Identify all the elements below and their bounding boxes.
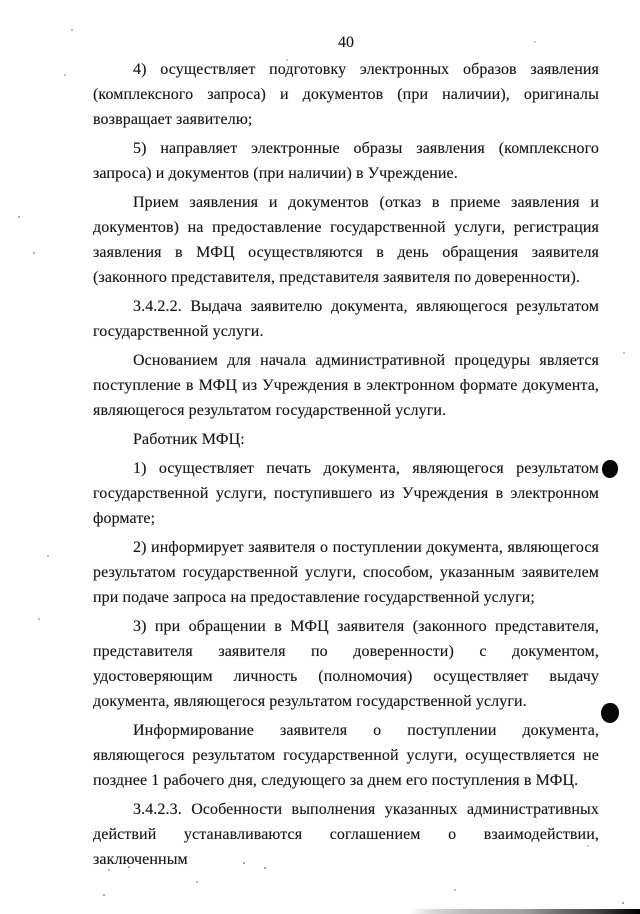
paragraph-rabotnik-mfc: Работник МФЦ:	[93, 427, 599, 452]
paragraph-section-3-4-2-2: 3.4.2.2. Выдача заявителю документа, явл…	[93, 294, 599, 344]
scan-edge-smear-artifact	[410, 909, 640, 914]
paragraph-list-item-5: 5) направляет электронные образы заявлен…	[93, 136, 599, 186]
paragraph-list-item-1: 1) осуществляет печать документа, являющ…	[93, 456, 599, 531]
scan-noise-specks	[0, 0, 2, 2]
paragraph-osnovaniem: Основанием для начала административной п…	[93, 348, 599, 423]
paragraph-section-3-4-2-3: 3.4.2.3. Особенности выполнения указанны…	[93, 797, 599, 872]
paragraph-list-item-2: 2) информирует заявителя о поступлении д…	[93, 535, 599, 610]
paragraph-informirovanie: Информирование заявителя о поступлении д…	[93, 718, 599, 793]
scan-ink-dot-artifact	[601, 703, 619, 723]
scan-ink-dot-artifact	[602, 460, 618, 478]
page-number: 40	[93, 33, 599, 53]
paragraph-priem-zayavleniya: Прием заявления и документов (отказ в пр…	[93, 190, 599, 290]
paragraph-list-item-4: 4) осуществляет подготовку электронных о…	[93, 57, 599, 132]
scanned-document-page: 40 4) осуществляет подготовку электронны…	[0, 0, 640, 914]
paragraph-list-item-3: 3) при обращении в МФЦ заявителя (законн…	[93, 614, 599, 714]
document-text-block: 4) осуществляет подготовку электронных о…	[93, 57, 599, 876]
